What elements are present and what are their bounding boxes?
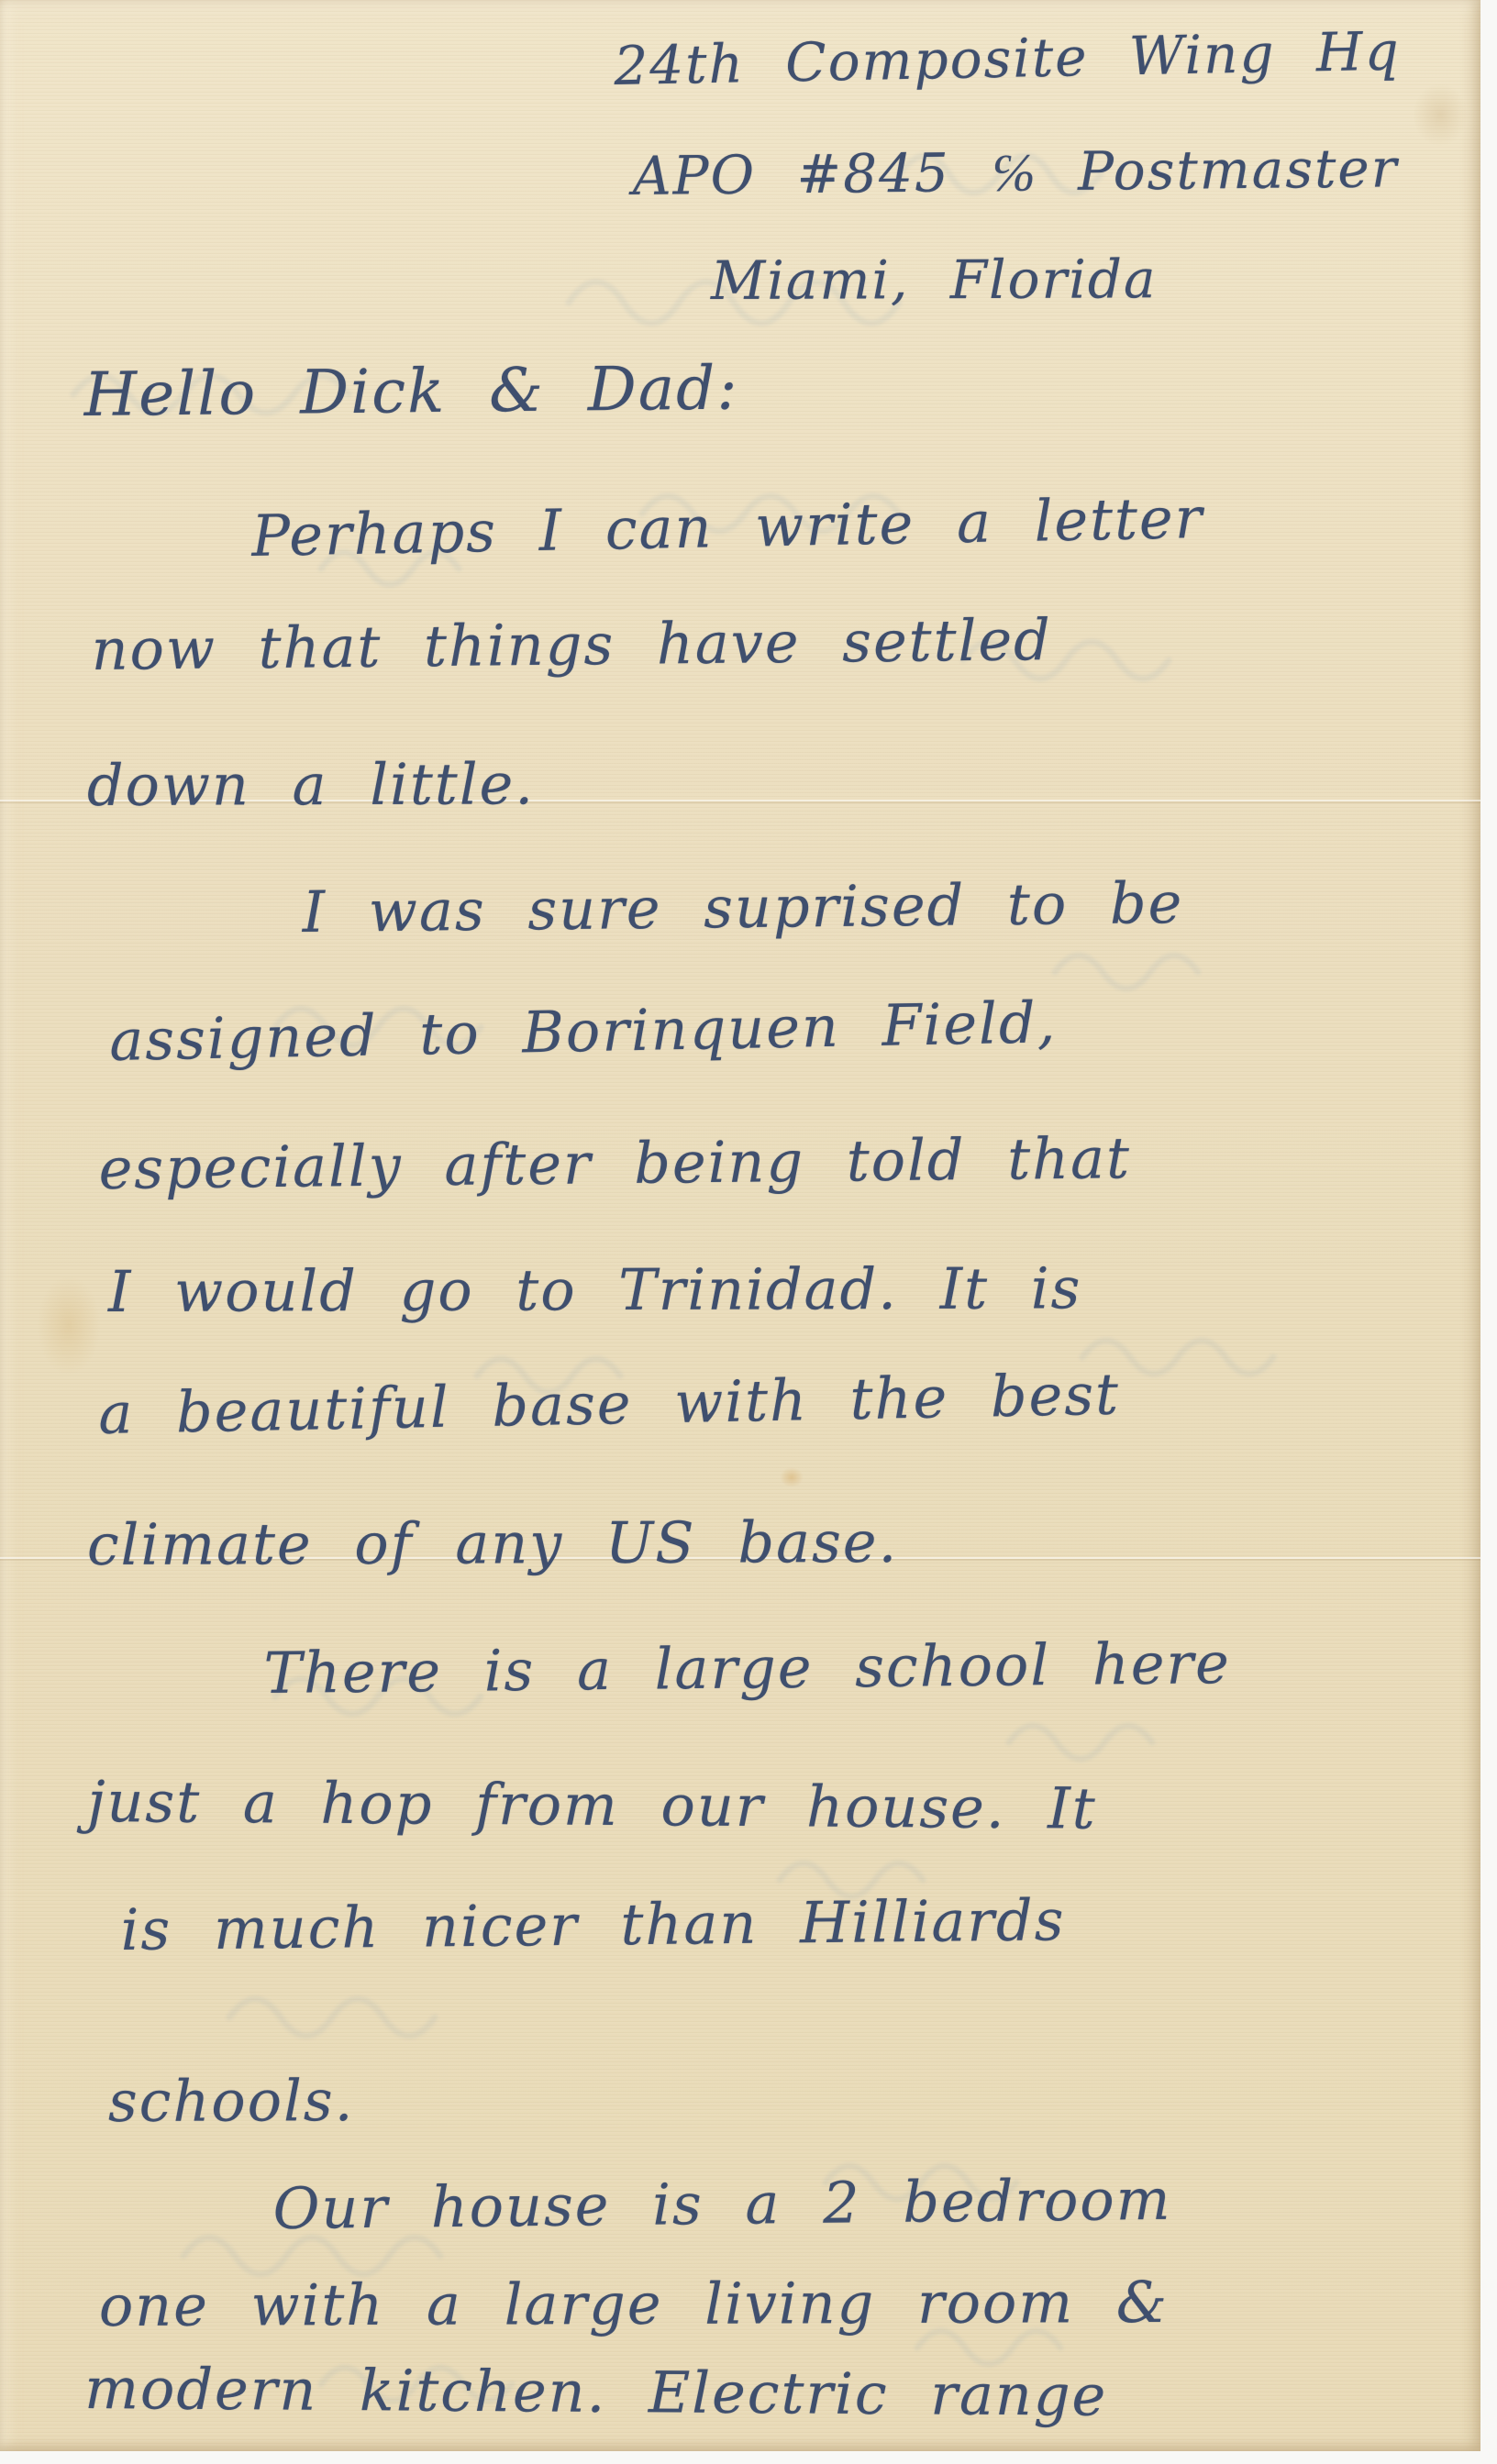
scanned-letter-page: 24th Composite Wing Hq APO #845 ℅ Postma… — [0, 0, 1497, 2464]
letter-paper: 24th Composite Wing Hq APO #845 ℅ Postma… — [0, 0, 1480, 2451]
handwritten-line: just a hop from our house. It — [87, 1768, 1097, 1842]
paper-stain — [1413, 83, 1468, 147]
handwritten-line: one with a large living room & — [99, 2269, 1169, 2339]
paper-stain — [37, 1275, 101, 1376]
handwritten-line: assigned to Borinquen Field, — [109, 989, 1058, 1074]
handwritten-line: is much nicer than Hilliards — [120, 1886, 1066, 1963]
handwritten-line: modern kitchen. Electric range — [84, 2355, 1107, 2429]
header-apo-line: APO #845 ℅ Postmaster — [632, 137, 1398, 207]
handwritten-line: a beautiful base with the best — [98, 1361, 1121, 1447]
salutation: Hello Dick & Dad: — [83, 353, 739, 430]
paper-stain — [780, 1467, 804, 1487]
handwritten-line: I was sure suprised to be — [302, 869, 1183, 945]
header-unit-line: 24th Composite Wing Hq — [614, 20, 1402, 97]
handwritten-line: I would go to Trinidad. It is — [108, 1254, 1082, 1325]
handwritten-line: down a little. — [87, 750, 535, 819]
handwritten-line: now that things have settled — [91, 606, 1052, 683]
handwritten-line: climate of any US base. — [87, 1508, 899, 1578]
handwritten-line: There is a large school here — [263, 1630, 1231, 1707]
header-city-line: Miami, Florida — [711, 248, 1158, 312]
handwritten-line: Perhaps I can write a letter — [251, 484, 1204, 569]
handwritten-line: schools. — [108, 2067, 355, 2135]
handwritten-line: especially after being told that — [98, 1124, 1131, 1202]
handwritten-line: Our house is a 2 bedroom — [272, 2166, 1172, 2242]
